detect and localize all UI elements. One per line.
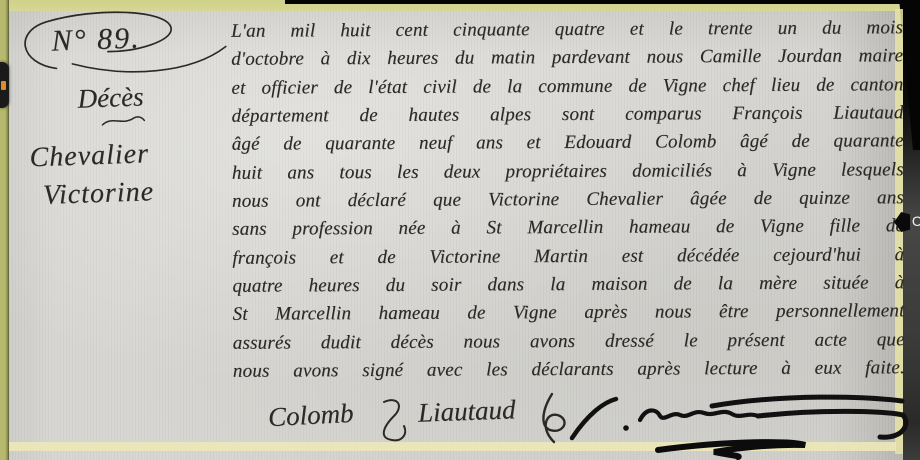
- margin-annotations: N° 89. Décès Chevalier Victorine: [19, 8, 236, 212]
- body-line: département de hautes alpes sont comparu…: [231, 99, 903, 131]
- body-line: sans profession née à St Marcellin hamea…: [232, 213, 904, 245]
- act-number: N° 89.: [19, 8, 230, 59]
- body-line: âgé de quarante neuf ans et Edouard Colo…: [232, 128, 904, 160]
- marker-label: C: [912, 213, 920, 229]
- act-body: L'an mil huit cent cinquante quatre et l…: [231, 14, 905, 386]
- body-line: St Marcellin hameau de Vigne après nous …: [233, 298, 905, 330]
- side-panel-handle[interactable]: [0, 62, 9, 108]
- marker-arrow-icon: [894, 212, 910, 232]
- right-edge-marker[interactable]: C: [893, 203, 920, 241]
- signature-jourdan: [562, 386, 910, 460]
- body-line: L'an mil huit cent cinquante quatre et l…: [231, 14, 903, 46]
- signature-colomb: Colomb: [267, 398, 354, 433]
- body-line: nous ont déclaré que Victorine Chevalier…: [232, 184, 904, 216]
- body-line: d'octobre à dix heures du matin pardevan…: [231, 43, 903, 75]
- document-scan: N° 89. Décès Chevalier Victorine L'an mi…: [0, 0, 920, 460]
- signature-block: Colomb Liautaud: [232, 392, 908, 458]
- body-line: huit ans tous les deux propriétaires dom…: [232, 156, 904, 188]
- handle-accent-icon: [1, 81, 6, 90]
- deceased-surname: Chevalier: [23, 123, 234, 174]
- deceased-given-name: Victorine: [24, 167, 235, 212]
- signature-colomb-paraphe: [374, 394, 412, 446]
- body-line: françois et de Victorine Martin est décé…: [232, 241, 904, 273]
- body-line: quatre heures du soir dans la maison de …: [232, 269, 904, 301]
- body-line: et officier de l'état civil de la commun…: [231, 71, 903, 103]
- body-line: assurés dudit décès nous avons dressé le…: [233, 326, 905, 358]
- film-edge-top: [285, 0, 920, 4]
- body-line: nous avons signé avec les déclarants apr…: [233, 354, 905, 386]
- signature-liautaud: Liautaud: [417, 394, 516, 428]
